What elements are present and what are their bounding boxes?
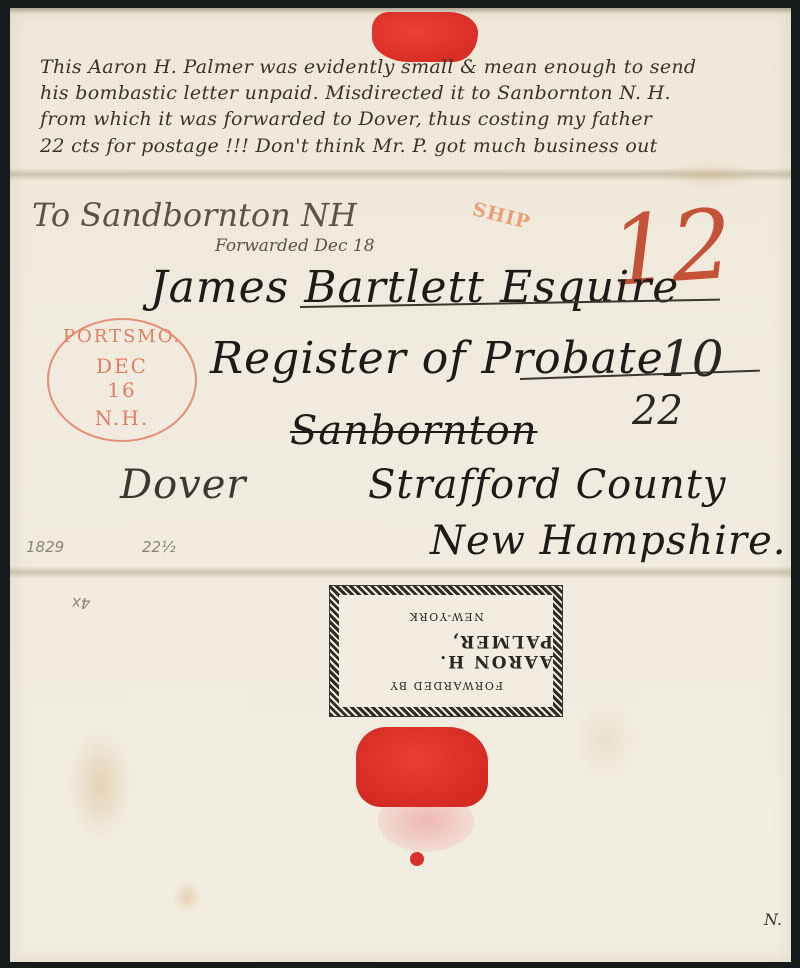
foxing-stain: [68, 730, 132, 840]
wax-seal-top: [372, 12, 478, 62]
note-line-1: This Aaron H. Palmer was evidently small…: [40, 56, 696, 78]
note-line-2: his bombastic letter unpaid. Misdirected…: [40, 82, 671, 104]
docket-forwarded: Forwarded Dec 18: [215, 236, 375, 256]
foxing-stain: [575, 700, 635, 780]
docket-to-line: To Sandbornton NH: [32, 196, 357, 234]
pencil-year: 1829: [26, 538, 64, 556]
wax-seal-bottom: [356, 727, 488, 807]
postmark-day: 16: [49, 378, 195, 402]
address-town-forwarded: Dover: [120, 462, 247, 508]
address-town-struck: Sanbornton: [290, 408, 538, 454]
corner-mark: N.: [764, 910, 782, 929]
label-forwarder-name: AARON H. PALMER,: [339, 631, 553, 671]
rate-ink-22: 22: [632, 388, 683, 434]
address-county: Strafford County: [368, 462, 726, 508]
label-forwarded-by: FORWARDED BY: [389, 679, 503, 692]
foxing-stain: [172, 880, 202, 914]
postmark-month: DEC: [49, 354, 195, 378]
foxing-stain: [660, 160, 760, 190]
forwarder-label: FORWARDED BY AARON H. PALMER, NEW-YORK: [330, 586, 562, 716]
postmark-state: N.H.: [49, 406, 195, 430]
note-line-4: 22 cts for postage !!! Don't think Mr. P…: [40, 135, 658, 157]
portsmouth-postmark: PORTSMO. DEC 16 N.H.: [47, 318, 197, 442]
label-forwarder-city: NEW-YORK: [408, 610, 483, 623]
note-line-3: from which it was forwarded to Dover, th…: [40, 108, 652, 130]
fold-line-lower: [10, 566, 791, 578]
wax-drop: [410, 852, 424, 866]
pencil-rate: 22½: [142, 538, 176, 556]
address-state: New Hampshire.: [430, 518, 786, 564]
postmark-town: PORTSMO.: [49, 326, 195, 347]
rate-ink-10: 10: [660, 330, 724, 388]
pencil-code: 4x: [72, 594, 90, 612]
